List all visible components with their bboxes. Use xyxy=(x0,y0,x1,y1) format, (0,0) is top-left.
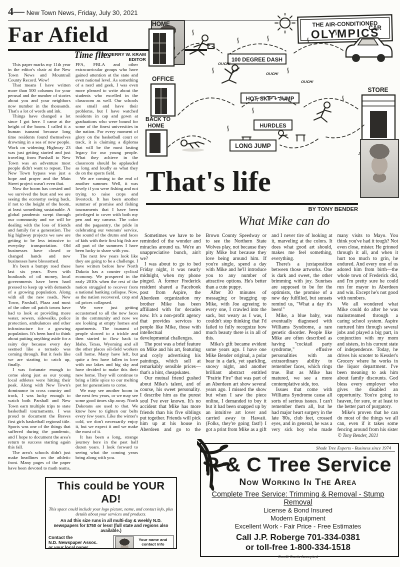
far-afield-title: Far Afield xyxy=(8,22,109,48)
ouch-text: OUCH! xyxy=(266,72,279,76)
tree-service-ad: Shade Tree Experts - Business since 1974… xyxy=(200,443,399,557)
tumbling-figure xyxy=(279,131,289,140)
ouch-text: OUCH! xyxy=(218,62,231,66)
page-number: 4— xyxy=(8,6,25,18)
columnist-headshot-photo xyxy=(360,139,399,198)
sample-name-label: Your name and contact info xyxy=(134,538,172,547)
home-door: HOME xyxy=(149,22,174,66)
svg-text:STORE: STORE xyxy=(368,88,389,94)
runner-figure xyxy=(190,35,214,55)
editorial-cartoon: THE AIR-CONDITIONED OLYMPICS HOME 100 DE… xyxy=(138,13,398,162)
thats-life-subhead: What Mike can do xyxy=(198,214,370,229)
far-afield-article: This paper marks my 11th year in the edi… xyxy=(8,62,138,475)
crawling-figure xyxy=(181,140,204,152)
far-afield-body-text: This paper marks my 11th year in the edi… xyxy=(8,62,138,475)
svg-text:100 DEGREE DASH: 100 DEGREE DASH xyxy=(231,58,282,64)
ouch-text: OUCH! xyxy=(301,80,314,84)
svg-text:LONG JUMP: LONG JUMP xyxy=(235,144,271,150)
event-longjump-label: LONG JUMP xyxy=(230,140,276,151)
your-ad-pitch: This space could include your logo pictu… xyxy=(49,507,174,517)
skipping-figure xyxy=(222,65,239,83)
store-illustration: STORE xyxy=(362,88,395,141)
svg-text:OFFICE: OFFICE xyxy=(152,77,174,83)
tree-ad-title: R & C Tree Service xyxy=(201,453,395,477)
thats-life-title: That's life xyxy=(146,166,271,199)
thats-life-rule xyxy=(146,203,358,205)
svg-text:HOT, SKIP + JUMP: HOT, SKIP + JUMP xyxy=(246,97,295,103)
far-afield-subhead: Time flies xyxy=(40,50,145,60)
runner-figure xyxy=(314,102,331,122)
svg-text:CAR: CAR xyxy=(369,26,383,32)
newspaper-page: 4— New Town News, Friday, July 30, 2021 … xyxy=(0,0,400,567)
thats-life-body-text: Sometimes we have to be reminded of the … xyxy=(140,233,398,434)
your-ad-price-line: An ad this size runs in all multi-day & … xyxy=(49,518,174,533)
tree-ad-service-line: Complete Tree Service: Trimming & Remova… xyxy=(201,491,395,507)
tree-ad-subtitle: Now Working In The Area xyxy=(201,477,395,488)
heat-squiggles xyxy=(193,30,344,131)
event-dash-label: 100 DEGREE DASH xyxy=(228,54,286,64)
tree-ad-phone-primary: Call J.P. Roberge 701-334-0381 xyxy=(201,533,395,543)
tree-ad-line: License & Bond Insured xyxy=(201,507,395,515)
your-ad-contact-block: Contact theN.D. Newspaper Assoc.or your … xyxy=(49,535,101,549)
svg-text:HOME: HOME xyxy=(148,124,165,130)
your-ad-headline: This could be YOUR AD! xyxy=(49,480,174,506)
tree-ad-phone-tollfree: or toll-free 1-800-334-1518 xyxy=(201,543,395,553)
tree-ad-line: Excellent Work - Fair Price - Free Estim… xyxy=(201,523,395,531)
sun-icon xyxy=(275,13,295,33)
svg-text:BACK TO: BACK TO xyxy=(146,117,172,123)
tree-ad-tagline: Shade Tree Experts - Business since 1974 xyxy=(201,444,395,452)
column-copyright: © Tony Bender, 2021 xyxy=(318,434,398,439)
office-door: OFFICE xyxy=(151,77,175,116)
house-ad-your-ad: This could be YOUR AD! This space could … xyxy=(45,477,177,549)
svg-text:HOME: HOME xyxy=(152,22,170,28)
tree-ad-line: Modern Equipment xyxy=(201,515,395,523)
sample-ad-box: Your name and contact info GENERIC COMPA… xyxy=(113,535,173,549)
back-home-door: BACK TO HOME xyxy=(146,117,172,156)
thats-life-article: Sometimes we have to be reminded of the … xyxy=(140,233,398,434)
thats-life-byline: BY TONY BENDER xyxy=(238,207,358,213)
sample-contact-photo xyxy=(115,537,134,550)
svg-text:HURDLES: HURDLES xyxy=(260,124,287,130)
masthead-dateline: New Town News, Friday, July 30, 2021 xyxy=(26,10,137,17)
tree-ad-footer: Credit Cards Accepted xyxy=(201,555,395,560)
